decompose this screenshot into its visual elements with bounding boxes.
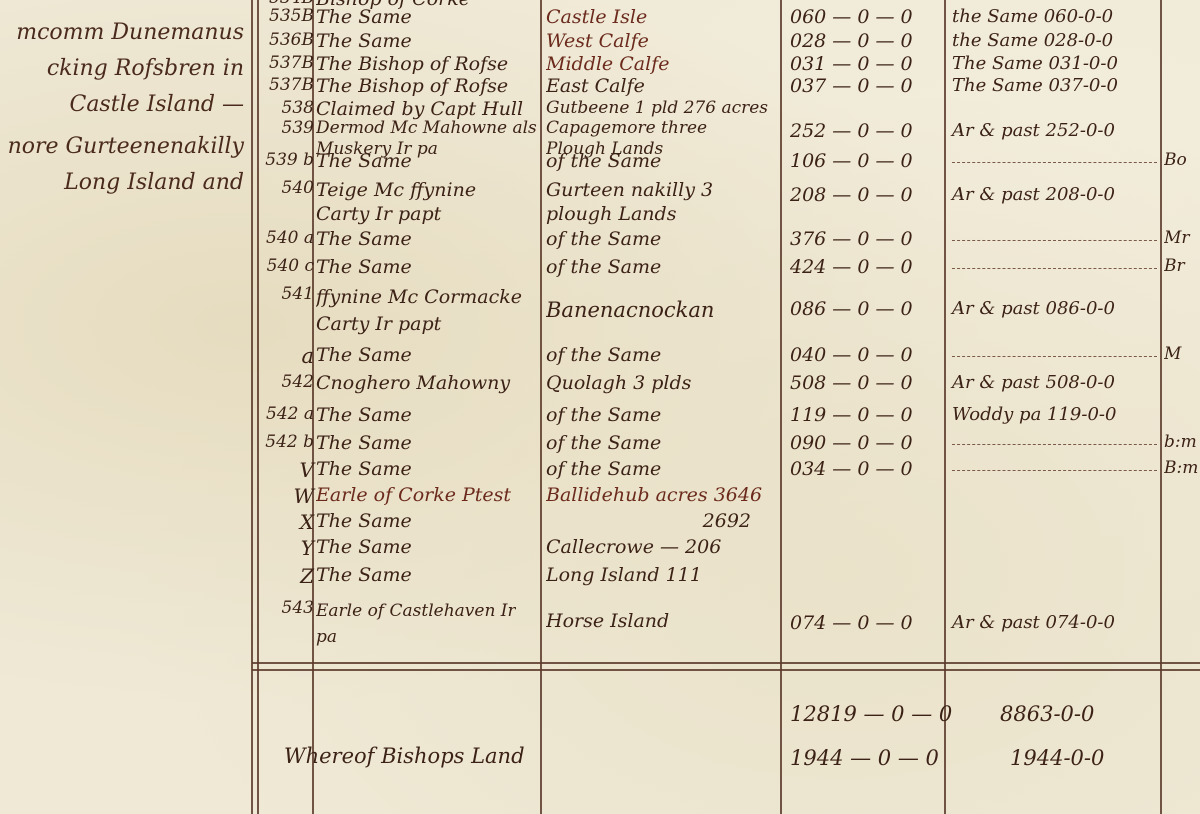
entry-number: 537B (260, 53, 314, 73)
entry-number: 541 (260, 284, 314, 304)
profitable-acres: 090 — 0 — 0 (790, 432, 940, 454)
ledger-page: mcomm Dunemanus cking Rofsbren in Castle… (0, 0, 1200, 814)
table-row: a The Same of the Same 040 — 0 — 0 M (258, 344, 1200, 370)
profitable-acres: 060 — 0 — 0 (790, 6, 940, 28)
proprietor: The Same (316, 150, 541, 172)
unprofitable-acres: The Same 037-0-0 (952, 75, 1157, 96)
denomination: Quolagh 3 plds (546, 372, 781, 394)
grand-total-profitable: 12819 — 0 — 0 (790, 702, 952, 726)
table-row: 542 Cnoghero Mahowny Quolagh 3 plds 508 … (258, 372, 1200, 398)
denomination: Castle Isle (546, 6, 781, 28)
grand-total-unprofitable: 8863-0-0 (1000, 702, 1094, 726)
table-row: 542 b The Same of the Same 090 — 0 — 0 b… (258, 432, 1200, 458)
blank-rule (952, 444, 1157, 445)
proprietor: The Same (316, 344, 541, 366)
entry-number: 543 (260, 598, 314, 618)
profitable-acres: 508 — 0 — 0 (790, 372, 940, 394)
proprietor: The Bishop of Rofse (316, 53, 541, 75)
denomination: of the Same (546, 404, 781, 426)
entry-number: X (260, 510, 314, 534)
proprietor: The Same (316, 510, 541, 532)
entry-number: 537B (260, 75, 314, 95)
denomination: of the Same (546, 228, 781, 250)
side-note: B:m (1164, 458, 1200, 478)
margin-note-2: cking Rofsbren in (0, 56, 250, 81)
entry-number: 540 c (260, 256, 314, 276)
profitable-acres: 034 — 0 — 0 (790, 458, 940, 480)
margin-note-1: mcomm Dunemanus (0, 20, 250, 45)
unprofitable-acres: the Same 028-0-0 (952, 30, 1157, 51)
table-row: X The Same 2692 (258, 510, 1200, 536)
denomination: East Calfe (546, 75, 781, 97)
denomination: Gurteen nakilly 3 plough Lands (546, 178, 736, 226)
denomination: Horse Island (546, 610, 781, 632)
profitable-acres: 252 — 0 — 0 (790, 120, 940, 142)
proprietor: The Same (316, 458, 541, 480)
entry-number: 539 (260, 118, 314, 138)
profitable-acres: 037 — 0 — 0 (790, 75, 940, 97)
bishops-total-profitable: 1944 — 0 — 0 (790, 746, 939, 770)
denomination: of the Same (546, 150, 781, 172)
bishops-total-unprofitable: 1944-0-0 (1010, 746, 1104, 770)
unprofitable-acres: Ar & past 086-0-0 (952, 298, 1157, 319)
proprietor: The Same (316, 564, 541, 586)
proprietor: ffynine Mc Cormacke Carty Ir papt (316, 284, 526, 338)
side-note: Br (1164, 256, 1200, 276)
denomination: Gutbeene 1 pld 276 acres (546, 98, 781, 118)
table-row: W Earle of Corke Ptest Ballidehub acres … (258, 484, 1200, 510)
table-row: 541 ffynine Mc Cormacke Carty Ir papt Ba… (258, 284, 1200, 340)
entry-number: Y (260, 536, 314, 560)
denomination: of the Same (546, 458, 781, 480)
table-row: 543 Earle of Castlehaven Ir pa Horse Isl… (258, 598, 1200, 654)
table-row: V The Same of the Same 034 — 0 — 0 B:m (258, 458, 1200, 484)
side-note: Mr (1164, 228, 1200, 248)
margin-note-4: nore Gurteenenakilly (0, 134, 250, 159)
entry-number: W (260, 484, 314, 508)
side-note: b:m (1164, 432, 1200, 452)
proprietor: The Same (316, 228, 541, 250)
proprietor: The Same (316, 404, 541, 426)
proprietor: The Bishop of Rofse (316, 75, 541, 97)
entry-number: 542 b (260, 432, 314, 452)
proprietor: Earle of Corke Ptest (316, 484, 541, 506)
table-row: 535B The Same Castle Isle 060 — 0 — 0 th… (258, 6, 1200, 32)
unprofitable-acres: Ar & past 252-0-0 (952, 120, 1157, 141)
table-row: 540 a The Same of the Same 376 — 0 — 0 M… (258, 228, 1200, 254)
entry-number: 540 a (260, 228, 314, 248)
denomination: of the Same (546, 344, 781, 366)
side-note: Bo (1164, 150, 1200, 170)
denomination: Banenacnockan (546, 298, 781, 322)
unprofitable-acres: Woddy pa 119-0-0 (952, 404, 1157, 425)
table-row: 540 c The Same of the Same 424 — 0 — 0 B… (258, 256, 1200, 282)
denomination: Middle Calfe (546, 53, 781, 75)
profitable-acres: 424 — 0 — 0 (790, 256, 940, 278)
entry-number: 539 b (260, 150, 314, 170)
profitable-acres: 086 — 0 — 0 (790, 298, 940, 320)
entry-number: Z (260, 564, 314, 588)
blank-rule (952, 356, 1157, 357)
denomination: Callecrowe — 206 (546, 536, 781, 558)
denomination: West Calfe (546, 30, 781, 52)
entry-number: 535B (260, 6, 314, 26)
side-note: M (1164, 344, 1200, 364)
entry-number: a (260, 344, 314, 368)
entry-number: 536B (260, 30, 314, 50)
unprofitable-acres: Ar & past 074-0-0 (952, 612, 1157, 633)
denomination: of the Same (546, 256, 781, 278)
proprietor: Claimed by Capt Hull (316, 98, 541, 120)
table-row: 542 a The Same of the Same 119 — 0 — 0 W… (258, 404, 1200, 430)
profitable-acres: 040 — 0 — 0 (790, 344, 940, 366)
margin-note-3: Castle Island — (0, 92, 250, 117)
entry-number: 542 (260, 372, 314, 392)
proprietor: The Same (316, 536, 541, 558)
proprietor: Teige Mc ffynine Carty Ir papt (316, 178, 516, 226)
denomination: Long Island 111 (546, 564, 781, 586)
profitable-acres: 119 — 0 — 0 (790, 404, 940, 426)
denomination: 2692 (546, 510, 751, 532)
proprietor: The Same (316, 30, 541, 52)
margin-note-5: Long Island and (0, 170, 250, 195)
blank-rule (952, 268, 1157, 269)
denomination: Ballidehub acres 3646 (546, 484, 781, 506)
rule-total-top (252, 662, 1200, 664)
proprietor: The Same (316, 256, 541, 278)
entry-number: 538 (260, 98, 314, 118)
profitable-acres: 028 — 0 — 0 (790, 30, 940, 52)
denomination: of the Same (546, 432, 781, 454)
profitable-acres: 074 — 0 — 0 (790, 612, 940, 634)
entry-number: 542 a (260, 404, 314, 424)
proprietor: Earle of Castlehaven Ir pa (316, 598, 516, 650)
profitable-acres: 376 — 0 — 0 (790, 228, 940, 250)
proprietor: The Same (316, 6, 541, 28)
profitable-acres: 031 — 0 — 0 (790, 53, 940, 75)
table-row: Y The Same Callecrowe — 206 (258, 536, 1200, 562)
rule-total-bottom (252, 669, 1200, 671)
unprofitable-acres: Ar & past 208-0-0 (952, 184, 1157, 205)
profitable-acres: 208 — 0 — 0 (790, 184, 940, 206)
bishops-land-label: Whereof Bishops Land (284, 744, 525, 768)
unprofitable-acres: the Same 060-0-0 (952, 6, 1157, 27)
blank-rule (952, 470, 1157, 471)
blank-rule (952, 240, 1157, 241)
entry-number: 540 (260, 178, 314, 198)
table-row: 539 b The Same of the Same 106 — 0 — 0 B… (258, 150, 1200, 176)
unprofitable-acres: Ar & past 508-0-0 (952, 372, 1157, 393)
profitable-acres: 106 — 0 — 0 (790, 150, 940, 172)
blank-rule (952, 162, 1157, 163)
proprietor: The Same (316, 432, 541, 454)
rule-left-outer (251, 0, 253, 814)
table-row: 540 Teige Mc ffynine Carty Ir papt Gurte… (258, 178, 1200, 228)
unprofitable-acres: The Same 031-0-0 (952, 53, 1157, 74)
entry-number: V (260, 458, 314, 482)
table-row: Z The Same Long Island 111 (258, 564, 1200, 590)
proprietor: Cnoghero Mahowny (316, 372, 541, 394)
